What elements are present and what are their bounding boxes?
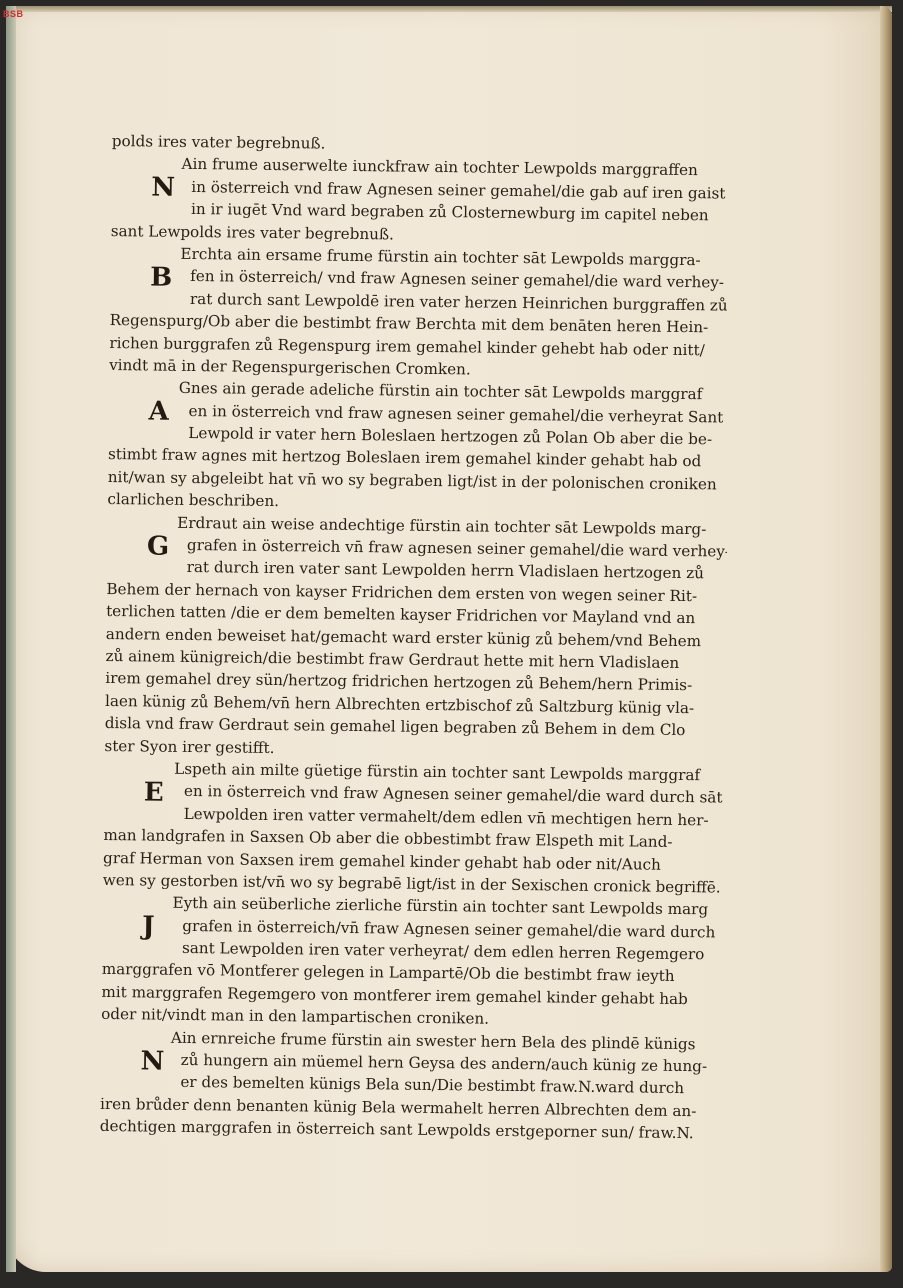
- drop-initial: N: [140, 1050, 164, 1073]
- drop-initial: J: [142, 916, 155, 939]
- page-right-edge: [880, 6, 892, 1272]
- paragraph-5: E Lspeth ain milte güetige fürstin ain t…: [103, 757, 725, 899]
- paragraph-6: J Eyth ain seüberliche zierliche fürstin…: [101, 891, 723, 1033]
- book-spine: [6, 6, 16, 1272]
- library-watermark: BSB: [3, 9, 24, 19]
- paragraph-2: B Erchta ain ersame frume fürstin ain to…: [109, 242, 731, 384]
- paragraph-4: G Erdraut ain weise andechtige fürstin a…: [104, 511, 727, 765]
- paragraph-7: N Ain ernreiche frume fürstin ain sweste…: [100, 1026, 721, 1146]
- paragraph-1: N Ain frume auserwelte iunckfraw ain toc…: [111, 152, 732, 249]
- page-text: polds ires vater begrebnuß. N Ain frume …: [100, 130, 732, 1145]
- drop-initial: A: [148, 401, 168, 424]
- page-top-edge: [6, 6, 892, 12]
- drop-initial: B: [150, 266, 172, 289]
- paragraph-3: A Gnes ain gerade adeliche fürstin ain t…: [107, 376, 729, 518]
- drop-initial: E: [144, 781, 164, 804]
- drop-initial: N: [151, 177, 175, 200]
- drop-initial: G: [147, 535, 169, 558]
